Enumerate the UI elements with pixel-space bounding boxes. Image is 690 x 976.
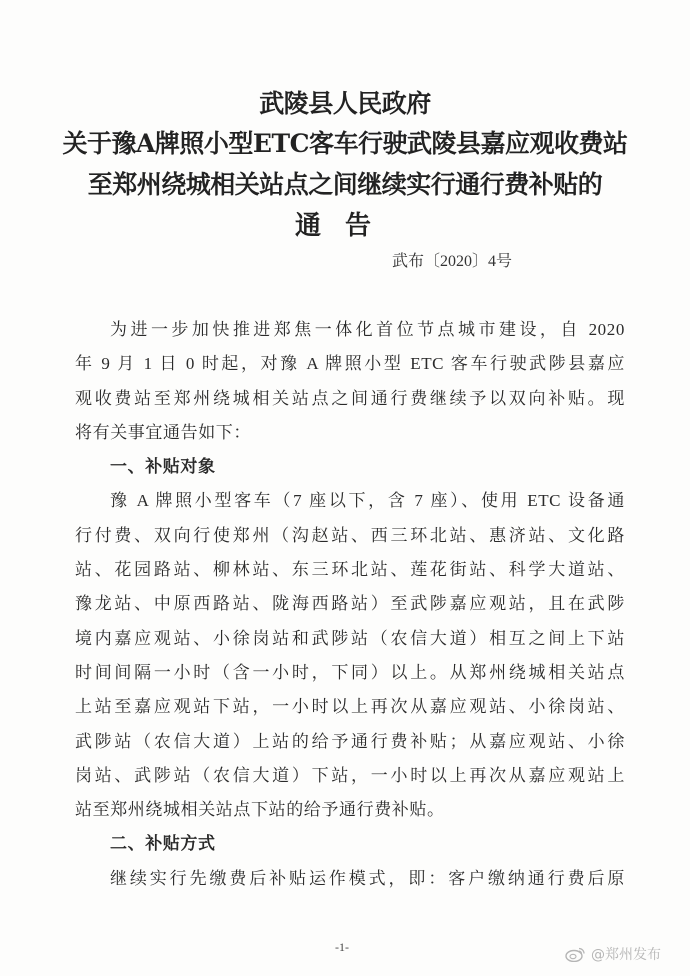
- weibo-watermark: @郑州发布: [565, 944, 661, 964]
- watermark-text: @郑州发布: [591, 944, 661, 964]
- title-line-2: 至郑州绕城相关站点之间继续实行通行费补贴的: [0, 165, 690, 201]
- section-line: 继续实行先缴费后补贴运作模式，即：客户缴纳通行费后原: [75, 862, 625, 896]
- section-line: 上站至嘉应观站下站，一小时以上再次从嘉应观站、小徐岗站、: [75, 690, 625, 724]
- document-number: 武布〔2020〕4号: [392, 248, 512, 271]
- issuer-title: 武陵县人民政府: [0, 84, 690, 120]
- section-line: 武陟站（农信大道）上站的给予通行费补贴；从嘉应观站、小徐: [75, 725, 625, 759]
- body-line: 观收费站至郑州绕城相关站点之间通行费继续予以双向补贴。现: [75, 382, 625, 416]
- section-line: 时间间隔一小时（含一小时，下同）以上。从郑州绕城相关站点: [75, 656, 625, 690]
- doc-type-title: 通告: [0, 205, 690, 242]
- body-line: 将有关事宜通告如下：: [75, 416, 625, 450]
- section-line: 行付费、双向行使郑州（沟赵站、西三环北站、惠济站、文化路: [75, 519, 625, 553]
- document-page: 武陵县人民政府 关于豫A牌照小型ETC客车行驶武陵县嘉应观收费站 至郑州绕城相关…: [0, 0, 690, 976]
- body-line: 为进一步加快推进郑焦一体化首位节点城市建设，自 2020: [75, 313, 625, 347]
- section-line: 境内嘉应观站、小徐岗站和武陟站（农信大道）相互之间上下站: [75, 622, 625, 656]
- title-line-1: 关于豫A牌照小型ETC客车行驶武陵县嘉应观收费站: [0, 124, 690, 160]
- section-line: 站至郑州绕城相关站点下站的给予通行费补贴。: [75, 793, 625, 827]
- weibo-icon: [565, 946, 587, 962]
- section-line: 豫龙站、中原西路站、陇海西路站）至武陟嘉应观站，且在武陟: [75, 587, 625, 621]
- section-heading: 二、补贴方式: [75, 827, 625, 861]
- section-line: 站、花园路站、柳林站、东三环北站、莲花街站、科学大道站、: [75, 553, 625, 587]
- section-line: 豫 A 牌照小型客车（7 座以下，含 7 座）、使用 ETC 设备通: [75, 484, 625, 518]
- document-body: 为进一步加快推进郑焦一体化首位节点城市建设，自 2020 年 9 月 1 日 0…: [75, 313, 625, 896]
- page-number: -1-: [335, 940, 349, 955]
- body-line: 年 9 月 1 日 0 时起，对豫 A 牌照小型 ETC 客车行驶武陟县嘉应: [75, 347, 625, 381]
- section-line: 岗站、武陟站（农信大道）下站，一小时以上再次从嘉应观站上: [75, 759, 625, 793]
- section-heading: 一、补贴对象: [75, 450, 625, 484]
